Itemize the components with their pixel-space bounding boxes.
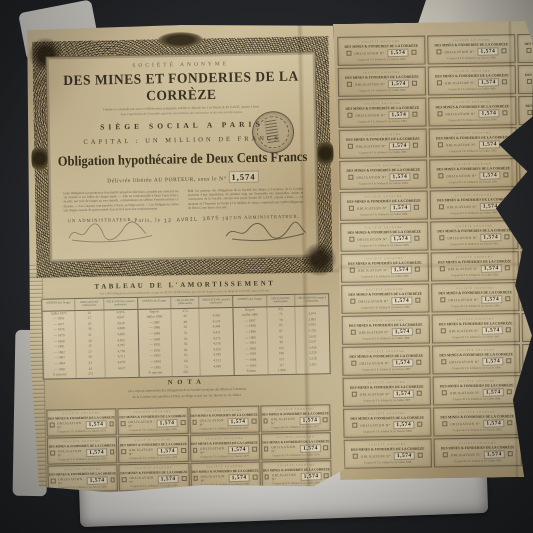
coupon-company-name: DES MINES & FONDERIES DE LA CORRÈZE — [525, 103, 533, 108]
coupon-due-date: Coupon de 5 fr. échéant le 1er Juillet 1… — [271, 425, 319, 429]
coupon-ornament-icon — [529, 234, 533, 239]
table-cell-remaining — [200, 369, 234, 375]
coupon: SOCIÉTÉ ANONYME DES MINES & FONDERIES DE… — [261, 432, 332, 460]
coupon-ornament-icon — [416, 360, 421, 365]
coupon-ornament-icon — [414, 236, 419, 241]
coupon-due-date: Coupon de 5 fr. échéant le 1er Janvier 1… — [448, 118, 497, 122]
coupon-due-date: Coupon de 5 fr. échéant le 1er Janvier 1… — [451, 304, 500, 308]
coupon-serial-number: 1,574 — [391, 296, 412, 305]
coupon-ornament-icon — [349, 237, 354, 242]
coupon-due-date: Coupon de 5 fr. échéant le 1er Janvier 1… — [362, 368, 411, 372]
coupon-serial-number: 1,574 — [483, 388, 504, 397]
coupon-serial-number: 1,574 — [394, 451, 415, 460]
coupon: SOCIÉTÉ ANONYME DES MINES & FONDERIES DE… — [339, 160, 427, 190]
coupon: SOCIÉTÉ ANONYME DES MINES & FONDERIES DE… — [344, 439, 432, 469]
coupon: SOCIÉTÉ ANONYME DES MINES & FONDERIES DE… — [523, 374, 533, 404]
coupon-obligation-label: OBLIGATION N° — [271, 445, 296, 453]
coupon-ornament-icon — [507, 420, 512, 425]
fine-print-left: Cette Obligation est productive d'un int… — [63, 189, 179, 212]
coupon-serial-number: 1,574 — [228, 445, 249, 454]
coupon-ornament-icon — [501, 49, 506, 54]
coupon-serial-number: 1,574 — [481, 264, 502, 273]
coupon-obligation-label: OBLIGATION N° — [200, 418, 225, 426]
table-cell-remaining — [104, 371, 138, 377]
coupon: SOCIÉTÉ ANONYME DES MINES & FONDERIES DE… — [524, 436, 533, 466]
coupon-serial-number: 1,574 — [393, 389, 414, 398]
signature-right — [222, 219, 310, 245]
coupon-due-date: Coupon de 5 fr. échéant le 1er Juillet 1… — [452, 335, 500, 339]
coupon-ornament-icon — [415, 267, 420, 272]
coupon-obligation-label: OBLIGATION N° — [445, 81, 475, 85]
coupon-obligation-label: OBLIGATION N° — [200, 446, 225, 454]
coupon-ornament-icon — [443, 453, 448, 458]
certificate-sheet: SOCIÉTÉ ANONYME DES MINES ET FONDERIES D… — [24, 22, 345, 494]
coupon: SOCIÉTÉ ANONYME DES MINES & FONDERIES DE… — [189, 434, 260, 462]
coupon-obligation-label: OBLIGATION N° — [58, 449, 83, 457]
coupon-obligation-label: OBLIGATION N° — [129, 447, 154, 455]
coupon-due-date: Coupon de 5 fr. échéant le 1er Juillet 1… — [130, 456, 178, 460]
coupon-ornament-icon — [441, 329, 446, 334]
coupon: SOCIÉTÉ ANONYME DES MINES & FONDERIES DE… — [434, 437, 522, 467]
coupon-obligation-label: OBLIGATION N° — [451, 452, 481, 456]
coupon-due-date: Coupon de 5 fr. échéant le 1er Juillet 1… — [359, 151, 407, 155]
coupon: SOCIÉTÉ ANONYME DES MINES & FONDERIES DE… — [519, 126, 533, 156]
table-group-3: ANNÉES des Tirages OBLIGATIONS remboursé… — [234, 294, 330, 375]
coupon-obligation-label: OBLIGATION N° — [359, 330, 389, 334]
coupon-obligation-label: OBLIGATION N° — [128, 419, 153, 427]
table-cell-year: Totaux — [235, 369, 267, 375]
coupon-obligation-label: OBLIGATION N° — [201, 474, 226, 482]
coupon-ornament-icon — [439, 205, 444, 210]
coupon-due-date: Coupon de 5 fr. échéant le 1er Juillet 1… — [362, 337, 410, 341]
coupon: SOCIÉTÉ ANONYME DES MINES & FONDERIES DE… — [341, 253, 429, 283]
coupon-due-date: Coupon de 5 fr. échéant le 1er Janvier 1… — [361, 306, 410, 310]
coupon: SOCIÉTÉ ANONYME DES MINES & FONDERIES DE… — [339, 129, 427, 159]
serial-number: 1,574 — [228, 171, 258, 184]
coupon-obligation-label: OBLIGATION N° — [444, 50, 474, 54]
coupon-due-date: Coupon de 5 fr. échéant le 1er Janvier 1… — [200, 454, 249, 458]
coupon-ornament-icon — [352, 392, 357, 397]
coupon-due-date: Coupon de 5 fr. échéant le 1er Janvier 1… — [57, 429, 106, 433]
coupon-ornament-icon — [508, 451, 513, 456]
coupon-obligation-label: OBLIGATION N° — [360, 392, 390, 396]
coupon-company-name: DES MINES & FONDERIES DE LA CORRÈZE — [529, 320, 533, 325]
coupon-serial-number: 1,574 — [478, 78, 499, 87]
coupon-ornament-icon — [415, 298, 420, 303]
table-cell-remaining — [296, 367, 330, 373]
coupon-serial-number: 1,574 — [483, 419, 504, 428]
coupon: SOCIÉTÉ ANONYME DES MINES & FONDERIES DE… — [428, 96, 516, 126]
col-header-years: ANNÉES des Tirages — [234, 295, 266, 306]
coupon-ornament-icon — [182, 476, 187, 481]
coupon-company-name: DES MINES & FONDERIES DE LA CORRÈZE — [529, 351, 533, 356]
coupon-ornament-icon — [110, 478, 115, 483]
coupon-ornament-icon — [528, 172, 533, 177]
coupon-obligation-label: OBLIGATION N° — [355, 113, 385, 117]
coupon: SOCIÉTÉ ANONYME DES MINES & FONDERIES DE… — [429, 158, 517, 188]
coupon: SOCIÉTÉ ANONYME DES MINES & FONDERIES DE… — [519, 157, 533, 187]
coupon-ornament-icon — [353, 454, 358, 459]
coupon-ornament-icon — [504, 204, 509, 209]
delivery-line: Délivrée libérée AU PORTEUR, sous le N° — [107, 176, 226, 184]
coupon: SOCIÉTÉ ANONYME DES MINES & FONDERIES DE… — [340, 191, 428, 221]
coupon-ornament-icon — [347, 113, 352, 118]
col-header-remaining: OBLIGATIONS restant à rembourser — [198, 296, 232, 307]
coupon: SOCIÉTÉ ANONYME DES MINES & FONDERIES DE… — [428, 65, 516, 95]
coupon-company-name: DES MINES & FONDERIES DE LA CORRÈZE — [526, 165, 533, 170]
coupon-ornament-icon — [411, 50, 416, 55]
coupon-due-date: Coupon de 5 fr. échéant le 1er Janvier 1… — [449, 180, 498, 184]
coupon: SOCIÉTÉ ANONYME DES MINES & FONDERIES DE… — [341, 284, 429, 314]
coupon-ornament-icon — [526, 48, 531, 53]
fine-print: Cette Obligation est productive d'un int… — [63, 187, 303, 212]
coupon: SOCIÉTÉ ANONYME DES MINES & FONDERIES DE… — [433, 375, 521, 405]
coupon-serial-number: 1,574 — [228, 417, 249, 426]
coupon-serial-number: 1,574 — [157, 447, 178, 456]
coupon-serial-number: 1,574 — [388, 110, 409, 119]
coupon: SOCIÉTÉ ANONYME DES MINES & FONDERIES DE… — [518, 64, 533, 94]
coupon-ornament-icon — [529, 203, 533, 208]
photo-backdrop: SOCIÉTÉ ANONYME DES MINES & FONDERIES DE… — [0, 0, 533, 533]
coupon-company-name: DES MINES & FONDERIES DE LA CORRÈZE — [525, 72, 533, 77]
coupon-serial-number: 1,574 — [478, 109, 499, 118]
coupon-due-date: Coupon de 5 fr. échéant le 1er Janvier 1… — [447, 56, 496, 60]
coupon-obligation-label: OBLIGATION N° — [354, 51, 384, 55]
col-header-redeemed: OBLIGATIONS remboursées — [74, 299, 103, 310]
coupon-due-date: Coupon de 5 fr. échéant le 1er Juillet 1… — [358, 89, 406, 93]
coupon-ornament-icon — [121, 421, 126, 426]
coupon-obligation-label: OBLIGATION N° — [58, 477, 83, 485]
coupon-obligation-label: OBLIGATION N° — [358, 268, 388, 272]
coupon-serial-number: 1,574 — [482, 357, 503, 366]
coupon-ornament-icon — [264, 475, 269, 480]
table-group-1: ANNÉES des Tirages OBLIGATIONS remboursé… — [42, 298, 139, 379]
table-cell-redeemed: 951 — [171, 370, 199, 376]
coupon-serial-number: 1,574 — [392, 327, 413, 336]
coupon-due-date: Coupon de 5 fr. échéant le 1er Janvier 1… — [450, 242, 499, 246]
coupon: SOCIÉTÉ ANONYME DES MINES & FONDERIES DE… — [118, 407, 189, 435]
coupon-serial-number: 1,574 — [482, 326, 503, 335]
coupon-strip-sheet: SOCIÉTÉ ANONYME DES MINES & FONDERIES DE… — [333, 21, 533, 480]
coupon-ornament-icon — [51, 479, 56, 484]
coupon-ornament-icon — [413, 174, 418, 179]
amortization-table-row: Totaux 1,899 — [235, 367, 330, 374]
coupon-ornament-icon — [263, 419, 268, 424]
coupon-due-date: Coupon de 5 fr. échéant le 1er Juillet 1… — [130, 484, 178, 488]
coupon: SOCIÉTÉ ANONYME DES MINES & FONDERIES DE… — [518, 95, 533, 125]
coupon: SOCIÉTÉ ANONYME DES MINES & FONDERIES DE… — [432, 313, 520, 343]
coupon-serial-number: 1,574 — [393, 420, 414, 429]
coupon-ornament-icon — [418, 453, 423, 458]
coupon-obligation-label: OBLIGATION N° — [450, 421, 480, 425]
coupon-obligation-label: OBLIGATION N° — [446, 174, 476, 178]
coupon-obligation-label: OBLIGATION N° — [355, 82, 385, 86]
coupon: SOCIÉTÉ ANONYME DES MINES & FONDERIES DE… — [427, 34, 515, 64]
coupon-ornament-icon — [502, 80, 507, 85]
coupon-obligation-label: OBLIGATION N° — [129, 475, 154, 483]
coupon-serial-number: 1,574 — [158, 475, 179, 484]
signature-left — [66, 217, 158, 245]
coupon-ornament-icon — [346, 51, 351, 56]
coupon-due-date: Coupon de 5 fr. échéant le 1er Juillet 1… — [273, 481, 321, 485]
coupon-serial-number: 1,574 — [480, 233, 501, 242]
coupon-ornament-icon — [110, 450, 115, 455]
coupon-due-date: Coupon de 5 fr. échéant le 1er Juillet 1… — [272, 453, 320, 457]
coupon: SOCIÉTÉ ANONYME DES MINES & FONDERIES DE… — [432, 344, 520, 374]
coupon: SOCIÉTÉ ANONYME DES MINES & FONDERIES DE… — [260, 404, 331, 432]
coupon-ornament-icon — [352, 423, 357, 428]
coupon-company-name: DES MINES & FONDERIES DE LA CORRÈZE — [526, 134, 533, 139]
coupon-due-date: Coupon de 5 fr. échéant le 1er Juillet 1… — [129, 428, 177, 432]
fine-print-right: MM. les porteurs des Obligations de la S… — [188, 187, 304, 210]
coupon-ornament-icon — [350, 268, 355, 273]
coupon-ornament-icon — [528, 141, 533, 146]
table-cell-redeemed: 373 — [76, 372, 104, 378]
coupon-ornament-icon — [417, 391, 422, 396]
coupon: SOCIÉTÉ ANONYME DES MINES & FONDERIES DE… — [337, 36, 425, 66]
table-cell-year: À reporter — [139, 370, 171, 376]
coupon-due-date: Coupon de 5 fr. échéant le 1er Juillet 1… — [364, 461, 412, 465]
coupon: SOCIÉTÉ ANONYME DES MINES & FONDERIES DE… — [520, 219, 533, 249]
coupon-due-date: Coupon de 5 fr. échéant le 1er Juillet 1… — [450, 211, 498, 215]
coupon-ornament-icon — [437, 81, 442, 86]
amortization-table-row: À reporter 951 — [139, 369, 234, 376]
coupon-due-date: Coupon de 5 fr. échéant le 1er Janvier 1… — [357, 58, 406, 62]
coupon-due-date: Coupon de 5 fr. échéant le 1er Janvier 1… — [58, 485, 107, 489]
coupon-ornament-icon — [192, 420, 197, 425]
coupon-serial-number: 1,574 — [390, 234, 411, 243]
coupon: SOCIÉTÉ ANONYME DES MINES & FONDERIES DE… — [47, 464, 118, 492]
coupon-serial-number: 1,574 — [477, 47, 498, 56]
coupon-ornament-icon — [323, 417, 328, 422]
coupon-obligation-label: OBLIGATION N° — [449, 328, 479, 332]
table-group-2: ANNÉES des Tirages OBLIGATIONS remboursé… — [138, 296, 235, 377]
coupon: SOCIÉTÉ ANONYME DES MINES & FONDERIES DE… — [522, 343, 533, 373]
coupon: SOCIÉTÉ ANONYME DES MINES & FONDERIES DE… — [119, 463, 190, 491]
ornate-border: SOCIÉTÉ ANONYME DES MINES ET FONDERIES D… — [32, 36, 332, 278]
coupon: SOCIÉTÉ ANONYME DES MINES & FONDERIES DE… — [340, 222, 428, 252]
coupon: SOCIÉTÉ ANONYME DES MINES & FONDERIES DE… — [429, 127, 517, 157]
medallion-icon — [317, 140, 333, 166]
coupon-ornament-icon — [503, 173, 508, 178]
coupon-ornament-icon — [506, 358, 511, 363]
coupon: SOCIÉTÉ ANONYME DES MINES & FONDERIES DE… — [338, 98, 426, 128]
coupon-ornament-icon — [502, 111, 507, 116]
coupon-due-date: Coupon de 5 fr. échéant le 1er Janvier 1… — [452, 366, 501, 370]
coupon: SOCIÉTÉ ANONYME DES MINES & FONDERIES DE… — [118, 435, 189, 463]
coupon-ornament-icon — [181, 448, 186, 453]
coupon-obligation-label: OBLIGATION N° — [357, 237, 387, 241]
coupon-ornament-icon — [351, 361, 356, 366]
company-name: DES MINES ET FONDERIES DE LA CORRÈZE — [47, 68, 316, 107]
coupon-ornament-icon — [349, 206, 354, 211]
coupon-obligation-label: OBLIGATION N° — [359, 361, 389, 365]
coupon-due-date: Coupon de 5 fr. échéant le 1er Juillet 1… — [361, 275, 409, 279]
coupon-company-name: DES MINES & FONDERIES DE LA CORRÈZE — [527, 196, 533, 201]
coupon-ornament-icon — [252, 419, 257, 424]
coupon-ornament-icon — [527, 79, 532, 84]
coupon: SOCIÉTÉ ANONYME DES MINES & FONDERIES DE… — [189, 406, 260, 434]
coupon-obligation-label: OBLIGATION N° — [447, 236, 477, 240]
coupon-due-date: Coupon de 5 fr. échéant le 1er Juillet 1… — [363, 399, 411, 403]
coupon-ornament-icon — [527, 110, 532, 115]
coupon-grid-right: SOCIÉTÉ ANONYME DES MINES & FONDERIES DE… — [337, 33, 533, 469]
coupon: SOCIÉTÉ ANONYME DES MINES & FONDERIES DE… — [343, 408, 431, 438]
coupon-ornament-icon — [50, 451, 55, 456]
coupon: SOCIÉTÉ ANONYME DES MINES & FONDERIES DE… — [523, 405, 533, 435]
coupon-obligation-label: OBLIGATION N° — [360, 423, 390, 427]
coupon-obligation-label: OBLIGATION N° — [450, 390, 480, 394]
coupon-due-date: Coupon de 5 fr. échéant le 1er Juillet 1… — [453, 397, 501, 401]
coupon-ornament-icon — [412, 112, 417, 117]
coupon-serial-number: 1,574 — [229, 473, 250, 482]
coupon-ornament-icon — [253, 475, 258, 480]
coupon-ornament-icon — [417, 422, 422, 427]
coupon: SOCIÉTÉ ANONYME DES MINES & FONDERIES DE… — [342, 346, 430, 376]
coupon-serial-number: 1,574 — [479, 171, 500, 180]
coupon-ornament-icon — [441, 360, 446, 365]
coupon-due-date: Coupon de 5 fr. échéant le 1er Janvier 1… — [358, 120, 407, 124]
coupon-ornament-icon — [414, 205, 419, 210]
col-header-redeemed: OBLIGATIONS remboursées — [170, 297, 199, 308]
coupon-ornament-icon — [507, 389, 512, 394]
coupon: SOCIÉTÉ ANONYME DES MINES & FONDERIES DE… — [338, 67, 426, 97]
coupon-due-date: Coupon de 5 fr. échéant le 1er Janvier 1… — [58, 457, 107, 461]
coupon-obligation-label: OBLIGATION N° — [272, 473, 297, 481]
coupon-serial-number: 1,574 — [85, 420, 106, 429]
col-header-remaining: OBLIGATIONS restant à rembourser — [103, 298, 137, 309]
coupon-obligation-label: OBLIGATION N° — [271, 417, 296, 425]
coupon-ornament-icon — [348, 175, 353, 180]
coupon-grid-bottom: SOCIÉTÉ ANONYME DES MINES & FONDERIES DE… — [46, 404, 332, 492]
coupon-ornament-icon — [438, 143, 443, 148]
coupon-obligation-label: OBLIGATION N° — [57, 421, 82, 429]
coupon-obligation-label: OBLIGATION N° — [361, 454, 391, 458]
coupon-obligation-label: OBLIGATION N° — [448, 267, 478, 271]
coupon-ornament-icon — [181, 420, 186, 425]
coupon-ornament-icon — [252, 447, 257, 452]
coupon-company-name: DES MINES & FONDERIES DE LA CORRÈZE — [528, 258, 533, 263]
coupon-serial-number: 1,574 — [86, 476, 107, 485]
coupon-ornament-icon — [442, 422, 447, 427]
amortization-table: TABLEAU DE L'AMORTISSEMENT Les 5,000 Obl… — [41, 278, 331, 379]
coupon-company-name: DES MINES & FONDERIES DE LA CORRÈZE — [527, 227, 533, 232]
certificate-body: SOCIÉTÉ ANONYME DES MINES ET FONDERIES D… — [46, 51, 320, 262]
coupon-ornament-icon — [412, 81, 417, 86]
coupon-company-name: DES MINES & FONDERIES DE LA CORRÈZE — [524, 41, 533, 46]
coupon-ornament-icon — [351, 330, 356, 335]
coupon-serial-number: 1,574 — [479, 140, 500, 149]
coupon-serial-number: 1,574 — [481, 295, 502, 304]
coupon-serial-number: 1,574 — [389, 141, 410, 150]
crest-ornament-icon — [157, 32, 203, 49]
col-header-years: ANNÉES des Tirages — [42, 299, 74, 310]
coupon: SOCIÉTÉ ANONYME DES MINES & FONDERIES DE… — [430, 189, 518, 219]
coupon: SOCIÉTÉ ANONYME DES MINES & FONDERIES DE… — [431, 251, 519, 281]
coupon-ornament-icon — [50, 423, 55, 428]
table-cell-redeemed: 1,899 — [267, 368, 295, 374]
coupon-ornament-icon — [264, 447, 269, 452]
coupon-ornament-icon — [416, 329, 421, 334]
coupon-ornament-icon — [193, 476, 198, 481]
coupon-obligation-label: OBLIGATION N° — [445, 112, 475, 116]
coupon-ornament-icon — [504, 235, 509, 240]
coupon-obligation-label: OBLIGATION N° — [356, 144, 386, 148]
coupon-ornament-icon — [506, 327, 511, 332]
coupon-ornament-icon — [436, 50, 441, 55]
coupon: SOCIÉTÉ ANONYME DES MINES & FONDERIES DE… — [343, 377, 431, 407]
coupon: SOCIÉTÉ ANONYME DES MINES & FONDERIES DE… — [342, 315, 430, 345]
coupon: SOCIÉTÉ ANONYME DES MINES & FONDERIES DE… — [517, 33, 533, 63]
coupon-ornament-icon — [439, 236, 444, 241]
coupon-serial-number: 1,574 — [387, 48, 408, 57]
medallion-icon — [31, 146, 47, 172]
coupon: SOCIÉTÉ ANONYME DES MINES & FONDERIES DE… — [522, 312, 533, 342]
coupon-serial-number: 1,574 — [390, 203, 411, 212]
coupon-ornament-icon — [324, 445, 329, 450]
coupon-serial-number: 1,574 — [157, 419, 178, 428]
coupon: SOCIÉTÉ ANONYME DES MINES & FONDERIES DE… — [520, 188, 533, 218]
coupon: SOCIÉTÉ ANONYME DES MINES & FONDERIES DE… — [46, 408, 117, 436]
coupon-ornament-icon — [347, 82, 352, 87]
coupon-serial-number: 1,574 — [480, 202, 501, 211]
coupon: SOCIÉTÉ ANONYME DES MINES & FONDERIES DE… — [433, 406, 521, 436]
coupon-obligation-label: OBLIGATION N° — [446, 143, 476, 147]
coupon-due-date: Coupon de 5 fr. échéant le 1er Janvier 1… — [360, 244, 409, 248]
coupon: SOCIÉTÉ ANONYME DES MINES & FONDERIES DE… — [521, 281, 533, 311]
coupon-ornament-icon — [437, 112, 442, 117]
coupon-ornament-icon — [121, 449, 126, 454]
coupon-due-date: Coupon de 5 fr. échéant le 1er Juillet 1… — [451, 273, 499, 277]
coupon-serial-number: 1,574 — [391, 265, 412, 274]
amortization-table-row: À reporter 373 — [44, 371, 139, 378]
coupon-obligation-label: OBLIGATION N° — [447, 205, 477, 209]
coupon-due-date: Coupon de 5 fr. échéant le 1er Janvier 1… — [200, 427, 249, 431]
coupon-obligation-label: OBLIGATION N° — [358, 299, 388, 303]
coupon-ornament-icon — [122, 477, 127, 482]
coupon-obligation-label: OBLIGATION N° — [449, 359, 479, 363]
coupon-serial-number: 1,574 — [300, 444, 321, 453]
coupon-serial-number: 1,574 — [86, 448, 107, 457]
coupon-obligation-label: OBLIGATION N° — [356, 175, 386, 179]
coupon-serial-number: 1,574 — [392, 358, 413, 367]
coupon-obligation-label: OBLIGATION N° — [448, 297, 478, 301]
table-cell-year: À reporter — [44, 372, 76, 378]
col-header-remaining: OBLIGATIONS restant à rembourser — [294, 294, 328, 305]
coupon: SOCIÉTÉ ANONYME DES MINES & FONDERIES DE… — [521, 250, 533, 280]
coupon-serial-number: 1,574 — [389, 172, 410, 181]
coupon-due-date: Coupon de 5 fr. échéant le 1er Juillet 1… — [449, 149, 497, 153]
coupon-ornament-icon — [109, 422, 114, 427]
coupon-due-date: Coupon de 5 fr. échéant le 1er Juillet 1… — [448, 87, 496, 91]
col-header-years: ANNÉES des Tirages — [138, 297, 170, 308]
coupon-due-date: Coupon de 5 fr. échéant le 1er Juillet 1… — [454, 459, 502, 463]
coupon-ornament-icon — [505, 266, 510, 271]
coupon: SOCIÉTÉ ANONYME DES MINES & FONDERIES DE… — [431, 282, 519, 312]
coupon-serial-number: 1,574 — [299, 416, 320, 425]
coupon-ornament-icon — [505, 296, 510, 301]
coupon-ornament-icon — [440, 267, 445, 272]
coupon-ornament-icon — [324, 473, 329, 478]
coupon-ornament-icon — [503, 142, 508, 147]
coupon: SOCIÉTÉ ANONYME DES MINES & FONDERIES DE… — [47, 436, 118, 464]
coupon-ornament-icon — [440, 298, 445, 303]
coupon-serial-number: 1,574 — [388, 79, 409, 88]
coupon-serial-number: 1,574 — [484, 450, 505, 459]
coupon-obligation-label: OBLIGATION N° — [357, 206, 387, 210]
coupon-due-date: Coupon de 5 fr. échéant le 1er Juillet 1… — [360, 213, 408, 217]
coupon-due-date: Coupon de 5 fr. échéant le 1er Janvier 1… — [359, 182, 408, 186]
